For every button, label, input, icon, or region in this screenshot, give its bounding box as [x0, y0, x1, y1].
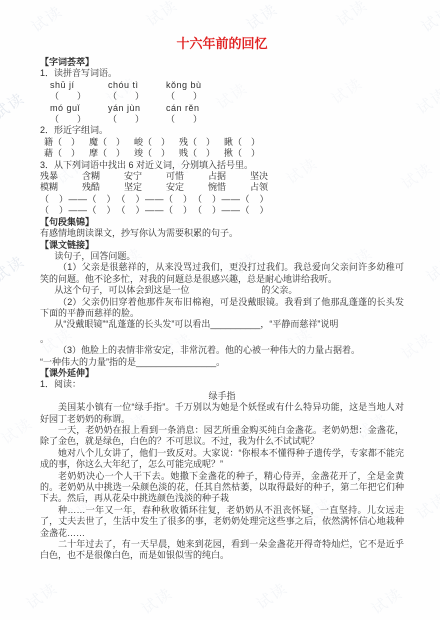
watermark-text: 试读: [412, 487, 440, 524]
char-with-bracket: 瞅（ ）: [224, 137, 269, 148]
q2-label: 2．形近字组词。: [40, 125, 404, 136]
kewai-q1-label: 1．阅读：: [40, 379, 404, 390]
char-with-bracket: 魔（ ）: [89, 137, 134, 148]
word: 安定: [166, 182, 208, 193]
word: 坚决: [250, 171, 292, 182]
watermark-text: 试读: [22, 577, 62, 614]
watermark-text: 试读: [142, 0, 182, 31]
kewen-question-3: （3）他脸上的表情非常安定，非常沉着。他的心被一种伟大的力量占据着。: [40, 345, 404, 356]
pinyin-row-2: mó guǐ yán jùn cán rěn: [50, 103, 404, 114]
kewen-fill-2: 从“没戴眼镜”“乱蓬蓬的长头发”可以看出__________，“平静而慈祥”说明: [40, 319, 404, 330]
kewen-fill-2-continuation: 。: [40, 334, 404, 345]
reading-paragraph: 美国某小镇有一位“绿手指”。千万别以为她是个妖怪或有什么特异功能，这是当地人对好…: [40, 402, 404, 425]
kewen-fill-1: 从这个句子，可以体会到这是一位 的父亲。: [40, 285, 404, 296]
worksheet-page: 试读试读试读试读试读试读试读试读试读试读试读试读试读试读试读试读试读试读试读试读…: [0, 0, 440, 620]
watermark-text: 试读: [0, 250, 29, 287]
pinyin-word: yán jùn: [108, 103, 166, 114]
synonym-words-row-1: 残暴 含糊 安宁 可惜 占据 坚决: [40, 171, 404, 182]
kewen-fill-3: “一种伟大的力量”指的是________________。: [40, 357, 404, 368]
char-with-bracket: 摩（ ）: [89, 148, 134, 159]
section-header-juduan: 【句段集锦】: [40, 217, 404, 228]
watermark-text: 试读: [422, 250, 440, 287]
worksheet-content: 十六年前的回忆 【字词荟萃】 1．读拼音写词语。 shū jí chóu tì …: [40, 36, 404, 562]
pinyin-row-1: shū jí chóu tì kǒng bù: [50, 80, 404, 91]
watermark-text: 试读: [0, 412, 37, 449]
pinyin-word: kǒng bù: [166, 80, 224, 91]
reading-paragraph: 她对八个儿女讲了，他们一致反对。大家说：“你根本不懂得种子遗传学，专家都不能完成…: [40, 448, 404, 471]
answer-bracket-row: （ ） （ ） （ ）: [50, 91, 404, 102]
word: 含糊: [82, 171, 124, 182]
watermark-text: 试读: [27, 0, 67, 37]
char-with-bracket: 揪（ ）: [224, 148, 269, 159]
word: 模糊: [40, 182, 82, 193]
watermark-text: 试读: [412, 82, 440, 119]
q3-label: 3．从下列词语中找出 6 对近义词，分别填入括号里。: [40, 160, 404, 171]
word: 残暴: [40, 171, 82, 182]
answer-bracket: （ ）: [166, 114, 224, 125]
char-with-bracket: 籍（ ）: [44, 137, 89, 148]
char-with-bracket: 贱（ ）: [179, 148, 224, 159]
watermark-text: 试读: [0, 87, 29, 124]
answer-bracket: （ ）: [108, 91, 166, 102]
watermark-text: 试读: [417, 0, 440, 37]
kewen-question-2: （2）父亲仍旧穿着他那件灰布旧棉袍，可是没戴眼镜。我看到了他那乱蓬蓬的长头发下面…: [40, 297, 404, 320]
char-with-bracket: 峻（ ）: [134, 137, 179, 148]
similar-char-row-2: 藉（ ） 摩（ ） 竣（ ） 贱（ ） 揪（ ）: [40, 148, 404, 159]
section-header-zici: 【字词荟萃】: [40, 57, 404, 68]
reading-paragraph: 种……一年又一年，春种秋收循环往复，老奶奶从不沮丧怀疑，一直坚持。儿女远走了，丈…: [40, 505, 404, 539]
synonym-words-row-2: 模糊 残酷 坚定 安定 惋惜 占领: [40, 182, 404, 193]
answer-bracket-row: （ ） （ ） （ ）: [50, 114, 404, 125]
char-with-bracket: 藉（ ）: [44, 148, 89, 159]
synonym-pairs-line: （ ）——（ ） （ ）——（ ） （ ）——（ ）: [40, 205, 404, 216]
pinyin-word: chóu tì: [108, 80, 166, 91]
pinyin-exercise: shū jí chóu tì kǒng bù （ ） （ ） （ ） mó gu…: [40, 80, 404, 126]
word: 残酷: [82, 182, 124, 193]
answer-bracket: （ ）: [108, 114, 166, 125]
word: 惋惜: [208, 182, 250, 193]
answer-bracket: （ ）: [50, 91, 108, 102]
word: 坚定: [124, 182, 166, 193]
similar-char-row-1: 籍（ ） 魔（ ） 峻（ ） 残（ ） 瞅（ ）: [40, 137, 404, 148]
watermark-text: 试读: [242, 0, 282, 35]
page-title: 十六年前的回忆: [40, 36, 404, 52]
reading-paragraph: 老奶奶决心一个人干下去。她撒下金盏花的种子，精心侍弄，金盏花开了，全是金黄的。老…: [40, 471, 404, 505]
juduan-instruction: 有感情地朗读课文，抄写你认为需要积累的句子。: [40, 228, 404, 239]
kewen-question-1: （1）父亲是很慈祥的，从来没骂过我们，更没打过我们。我总爱向父亲问许多幼稚可笑的…: [40, 262, 404, 285]
reading-title: 绿手指: [40, 391, 404, 402]
watermark-text: 试读: [137, 582, 177, 619]
section-header-kewai: 【课外延伸】: [40, 368, 404, 379]
reading-paragraph: 二十年过去了，有一天早晨，她来到花园，看到一朵金盏花开得奇特灿烂，它不是近乎白色…: [40, 539, 404, 562]
word: 安宁: [124, 171, 166, 182]
word: 占据: [208, 171, 250, 182]
word: 可惜: [166, 171, 208, 182]
answer-bracket: （ ）: [50, 114, 108, 125]
answer-bracket: （ ）: [166, 91, 224, 102]
watermark-text: 试读: [367, 582, 407, 619]
kewen-intro: 读句子，回答问题。: [40, 251, 404, 262]
pinyin-word: mó guǐ: [50, 103, 108, 114]
watermark-text: 试读: [332, 0, 372, 31]
word: 占领: [250, 182, 292, 193]
char-with-bracket: 竣（ ）: [134, 148, 179, 159]
synonym-pairs-line: （ ）——（ ） （ ）——（ ） （ ）——（ ）: [40, 194, 404, 205]
pinyin-word: cán rěn: [166, 103, 224, 114]
reading-paragraph: 一天，老奶奶在报上看到一条消息：园艺所重金购买纯白金盏花。老奶奶想：金盏花，除了…: [40, 425, 404, 448]
pinyin-word: shū jí: [50, 80, 108, 91]
char-with-bracket: 残（ ）: [179, 137, 224, 148]
watermark-text: 试读: [252, 577, 292, 614]
section-header-kewen: 【课文链接】: [40, 240, 404, 251]
q1-label: 1．读拼音写词语。: [40, 68, 404, 79]
